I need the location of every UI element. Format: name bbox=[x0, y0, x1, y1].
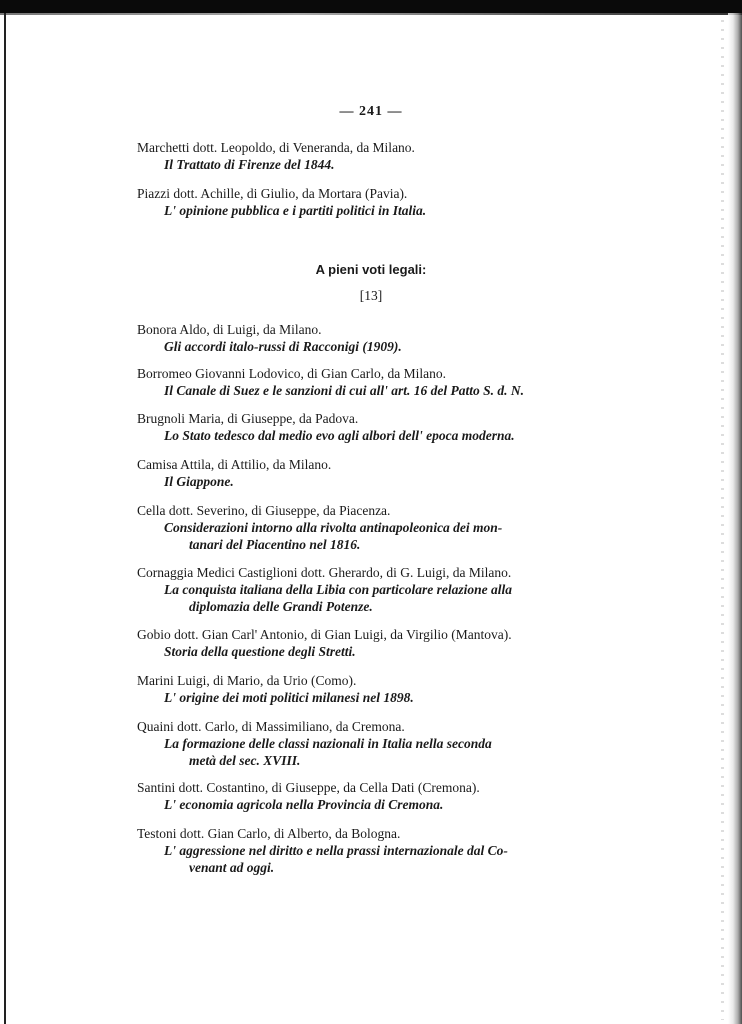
entry: Camisa Attila, di Attilio, da Milano. Il… bbox=[137, 456, 577, 490]
entry: Cella dott. Severino, di Giuseppe, da Pi… bbox=[137, 502, 577, 553]
entry-name: Camisa Attila, di Attilio, da Milano. bbox=[137, 456, 577, 473]
entry-title-line: La conquista italiana della Libia con pa… bbox=[164, 581, 577, 598]
entry-title-line: venant ad oggi. bbox=[164, 859, 577, 876]
entry-title-line: Il Giappone. bbox=[164, 473, 577, 490]
section-count: [13] bbox=[0, 288, 742, 304]
entry-title: Il Giappone. bbox=[137, 473, 577, 490]
entry-name: Piazzi dott. Achille, di Giulio, da Mort… bbox=[137, 185, 577, 202]
entry-name: Quaini dott. Carlo, di Massimiliano, da … bbox=[137, 718, 577, 735]
entry-title-line: Gli accordi italo-russi di Racconigi (19… bbox=[164, 338, 577, 355]
entry-name: Cornaggia Medici Castiglioni dott. Ghera… bbox=[137, 564, 577, 581]
entry-title-line: La formazione delle classi nazionali in … bbox=[164, 735, 577, 752]
entry-name: Bonora Aldo, di Luigi, da Milano. bbox=[137, 321, 577, 338]
entry-title: Storia della questione degli Stretti. bbox=[137, 643, 577, 660]
entry: Borromeo Giovanni Lodovico, di Gian Carl… bbox=[137, 365, 577, 399]
entry-title: Considerazioni intorno alla rivolta anti… bbox=[137, 519, 577, 553]
entry-title-line: Storia della questione degli Stretti. bbox=[164, 643, 577, 660]
entry: Marini Luigi, di Mario, da Urio (Como). … bbox=[137, 672, 577, 706]
entry: Santini dott. Costantino, di Giuseppe, d… bbox=[137, 779, 577, 813]
entry-name: Borromeo Giovanni Lodovico, di Gian Carl… bbox=[137, 365, 577, 382]
entry-name: Testoni dott. Gian Carlo, di Alberto, da… bbox=[137, 825, 577, 842]
entry-title-line: Lo Stato tedesco dal medio evo agli albo… bbox=[164, 427, 577, 444]
section-heading: A pieni voti legali: bbox=[0, 262, 742, 277]
entry-title: Lo Stato tedesco dal medio evo agli albo… bbox=[137, 427, 577, 444]
entry-title: Gli accordi italo-russi di Racconigi (19… bbox=[137, 338, 577, 355]
entry-title: La conquista italiana della Libia con pa… bbox=[137, 581, 577, 615]
entry-name: Marchetti dott. Leopoldo, di Veneranda, … bbox=[137, 139, 577, 156]
entry-title: La formazione delle classi nazionali in … bbox=[137, 735, 577, 769]
entry: Bonora Aldo, di Luigi, da Milano. Gli ac… bbox=[137, 321, 577, 355]
entry-title-line: tanari del Piacentino nel 1816. bbox=[164, 536, 577, 553]
entry: Cornaggia Medici Castiglioni dott. Ghera… bbox=[137, 564, 577, 615]
scan-right-edge bbox=[728, 13, 742, 1024]
entry-title-line: Il Canale di Suez e le sanzioni di cui a… bbox=[164, 382, 577, 399]
entry-name: Gobio dott. Gian Carl' Antonio, di Gian … bbox=[137, 626, 577, 643]
entry-title-line: Il Trattato di Firenze del 1844. bbox=[164, 156, 577, 173]
entry-name: Cella dott. Severino, di Giuseppe, da Pi… bbox=[137, 502, 577, 519]
scan-right-noise bbox=[721, 20, 724, 1020]
entry-title: Il Canale di Suez e le sanzioni di cui a… bbox=[137, 382, 577, 399]
entry-title-line: L' aggressione nel diritto e nella prass… bbox=[164, 842, 577, 859]
entry-title-line: Considerazioni intorno alla rivolta anti… bbox=[164, 519, 577, 536]
entry: Quaini dott. Carlo, di Massimiliano, da … bbox=[137, 718, 577, 769]
entry-title: Il Trattato di Firenze del 1844. bbox=[137, 156, 577, 173]
entry: Piazzi dott. Achille, di Giulio, da Mort… bbox=[137, 185, 577, 219]
entry: Brugnoli Maria, di Giuseppe, da Padova. … bbox=[137, 410, 577, 444]
page-number: — 241 — bbox=[0, 104, 742, 120]
entry-title: L' origine dei moti politici milanesi ne… bbox=[137, 689, 577, 706]
entry-title: L' aggressione nel diritto e nella prass… bbox=[137, 842, 577, 876]
entry-title: L' opinione pubblica e i partiti politic… bbox=[137, 202, 577, 219]
scan-left-edge bbox=[4, 13, 6, 1024]
scan-top-edge bbox=[0, 13, 742, 15]
entry-name: Marini Luigi, di Mario, da Urio (Como). bbox=[137, 672, 577, 689]
entry: Gobio dott. Gian Carl' Antonio, di Gian … bbox=[137, 626, 577, 660]
entry-title-line: L' origine dei moti politici milanesi ne… bbox=[164, 689, 577, 706]
scan-top-border bbox=[0, 0, 742, 13]
entry-name: Santini dott. Costantino, di Giuseppe, d… bbox=[137, 779, 577, 796]
entry: Marchetti dott. Leopoldo, di Veneranda, … bbox=[137, 139, 577, 173]
entry-name: Brugnoli Maria, di Giuseppe, da Padova. bbox=[137, 410, 577, 427]
entry-title-line: L' economia agricola nella Provincia di … bbox=[164, 796, 577, 813]
entry-title-line: metà del sec. XVIII. bbox=[164, 752, 577, 769]
entry: Testoni dott. Gian Carlo, di Alberto, da… bbox=[137, 825, 577, 876]
entry-title-line: L' opinione pubblica e i partiti politic… bbox=[164, 202, 577, 219]
entry-title: L' economia agricola nella Provincia di … bbox=[137, 796, 577, 813]
entry-title-line: diplomazia delle Grandi Potenze. bbox=[164, 598, 577, 615]
